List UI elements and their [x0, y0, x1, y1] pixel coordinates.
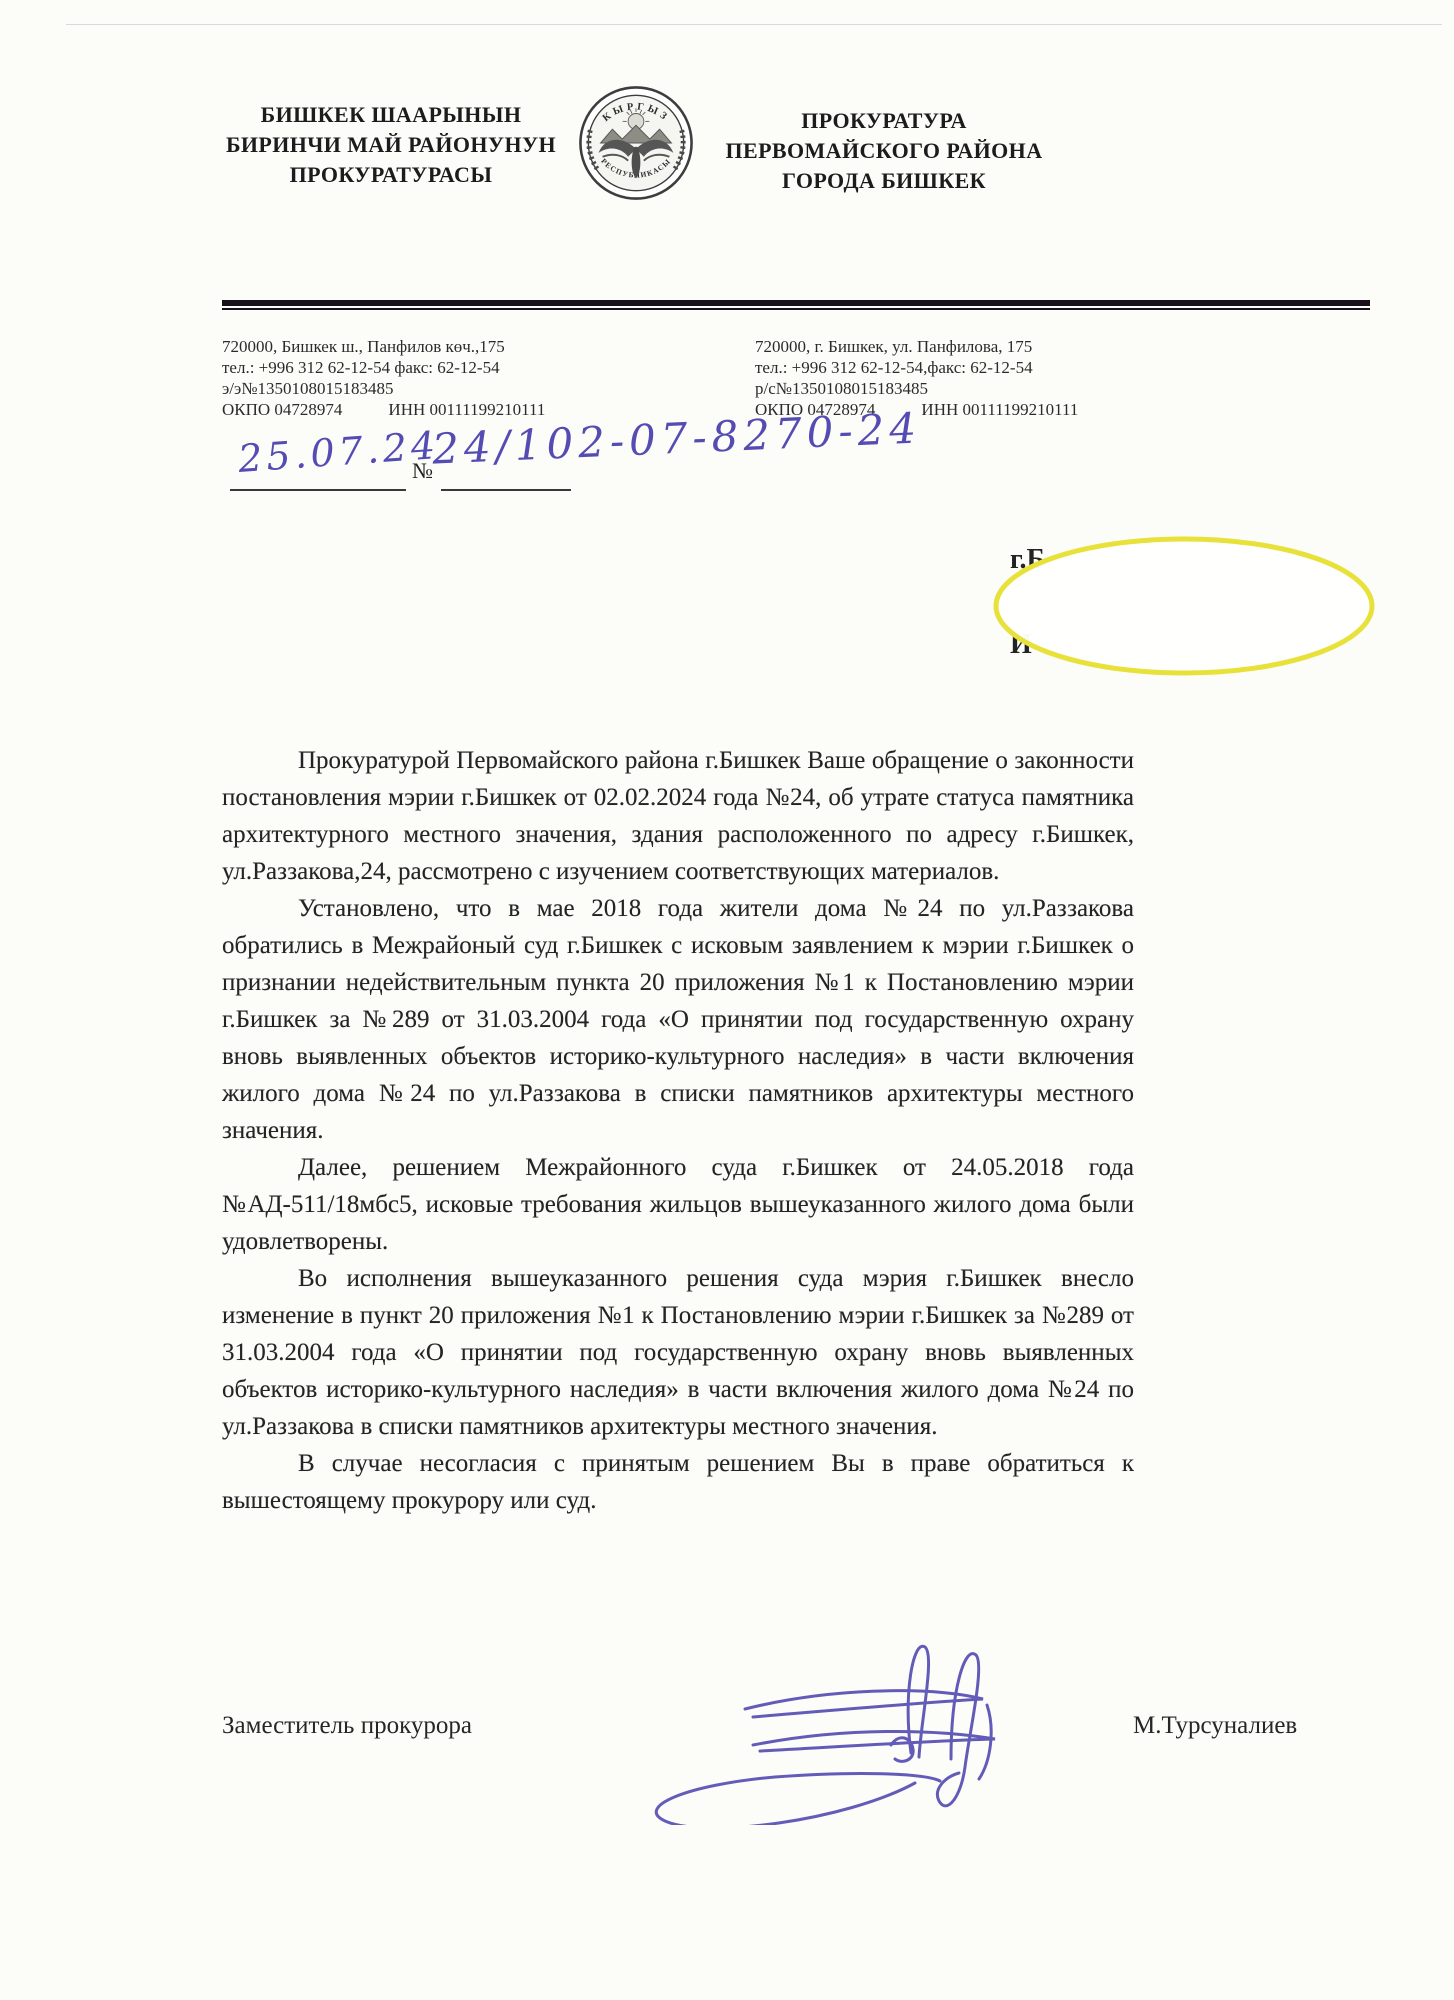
org-title-kyrgyz-line1: БИШКЕК ШААРЫНЫН	[215, 100, 567, 130]
signer-position-title: Заместитель прокурора	[222, 1712, 472, 1740]
scan-artifact-line	[66, 24, 1442, 25]
handwritten-date: 25.07.24	[237, 423, 441, 481]
contact-left-okpo: ОКПО 04728974	[222, 399, 342, 420]
signature	[595, 1625, 1035, 1830]
kyrgyz-emblem-icon: КЫРГЫЗ РЕСПУБЛИКАСЫ	[577, 84, 695, 202]
contact-right-account: р/с№1350108015183485	[755, 378, 1078, 399]
letter-body: Прокуратурой Первомайского района г.Бишк…	[222, 742, 1134, 1519]
org-title-kyrgyz-line3: ПРОКУРАТУРАСЫ	[215, 160, 567, 190]
body-paragraph-1: Прокуратурой Первомайского района г.Бишк…	[222, 742, 1134, 890]
contact-right-inn: ИНН 00111199210111	[921, 399, 1078, 420]
org-title-kyrgyz-line2: БИРИНЧИ МАЙ РАЙОНУНУН	[215, 130, 567, 160]
contact-left-address: 720000, Бишкек ш., Панфилов көч.,175	[222, 336, 545, 357]
body-paragraph-4: Во исполнения вышеуказанного решения суд…	[222, 1260, 1134, 1445]
signer-name: М.Турсуналиев	[1133, 1712, 1297, 1740]
contact-block-left: 720000, Бишкек ш., Панфилов көч.,175 тел…	[222, 336, 545, 420]
header-divider-rule	[222, 300, 1370, 310]
org-title-russian-line1: ПРОКУРАТУРА	[693, 106, 1075, 136]
contact-right-address: 720000, г. Бишкек, ул. Панфилова, 175	[755, 336, 1078, 357]
contact-left-account: э/э№1350108015183485	[222, 378, 545, 399]
contact-left-phone: тел.: +996 312 62-12-54 факс: 62-12-54	[222, 357, 545, 378]
state-emblem: КЫРГЫЗ РЕСПУБЛИКАСЫ	[577, 84, 695, 207]
redaction-area	[980, 528, 1400, 693]
contact-left-inn: ИНН 00111199210111	[388, 399, 545, 420]
number-underline	[441, 489, 571, 491]
body-paragraph-5: В случае несогласия с принятым решением …	[222, 1445, 1134, 1519]
number-sign: №	[412, 458, 433, 484]
date-underline	[230, 489, 406, 491]
scanned-letter-page: БИШКЕК ШААРЫНЫН БИРИНЧИ МАЙ РАЙОНУНУН ПР…	[0, 0, 1454, 2000]
org-title-kyrgyz: БИШКЕК ШААРЫНЫН БИРИНЧИ МАЙ РАЙОНУНУН ПР…	[215, 100, 567, 190]
org-title-russian-line2: ПЕРВОМАЙСКОГО РАЙОНА	[693, 136, 1075, 166]
contact-right-phone: тел.: +996 312 62-12-54,факс: 62-12-54	[755, 357, 1078, 378]
body-paragraph-3: Далее, решением Межрайонного суда г.Бишк…	[222, 1149, 1134, 1260]
org-title-russian: ПРОКУРАТУРА ПЕРВОМАЙСКОГО РАЙОНА ГОРОДА …	[693, 106, 1075, 196]
body-paragraph-2: Установлено, что в мае 2018 года жители …	[222, 890, 1134, 1149]
org-title-russian-line3: ГОРОДА БИШКЕК	[693, 166, 1075, 196]
redaction-ellipse-icon	[980, 528, 1400, 688]
signature-ink-icon	[595, 1625, 1035, 1825]
